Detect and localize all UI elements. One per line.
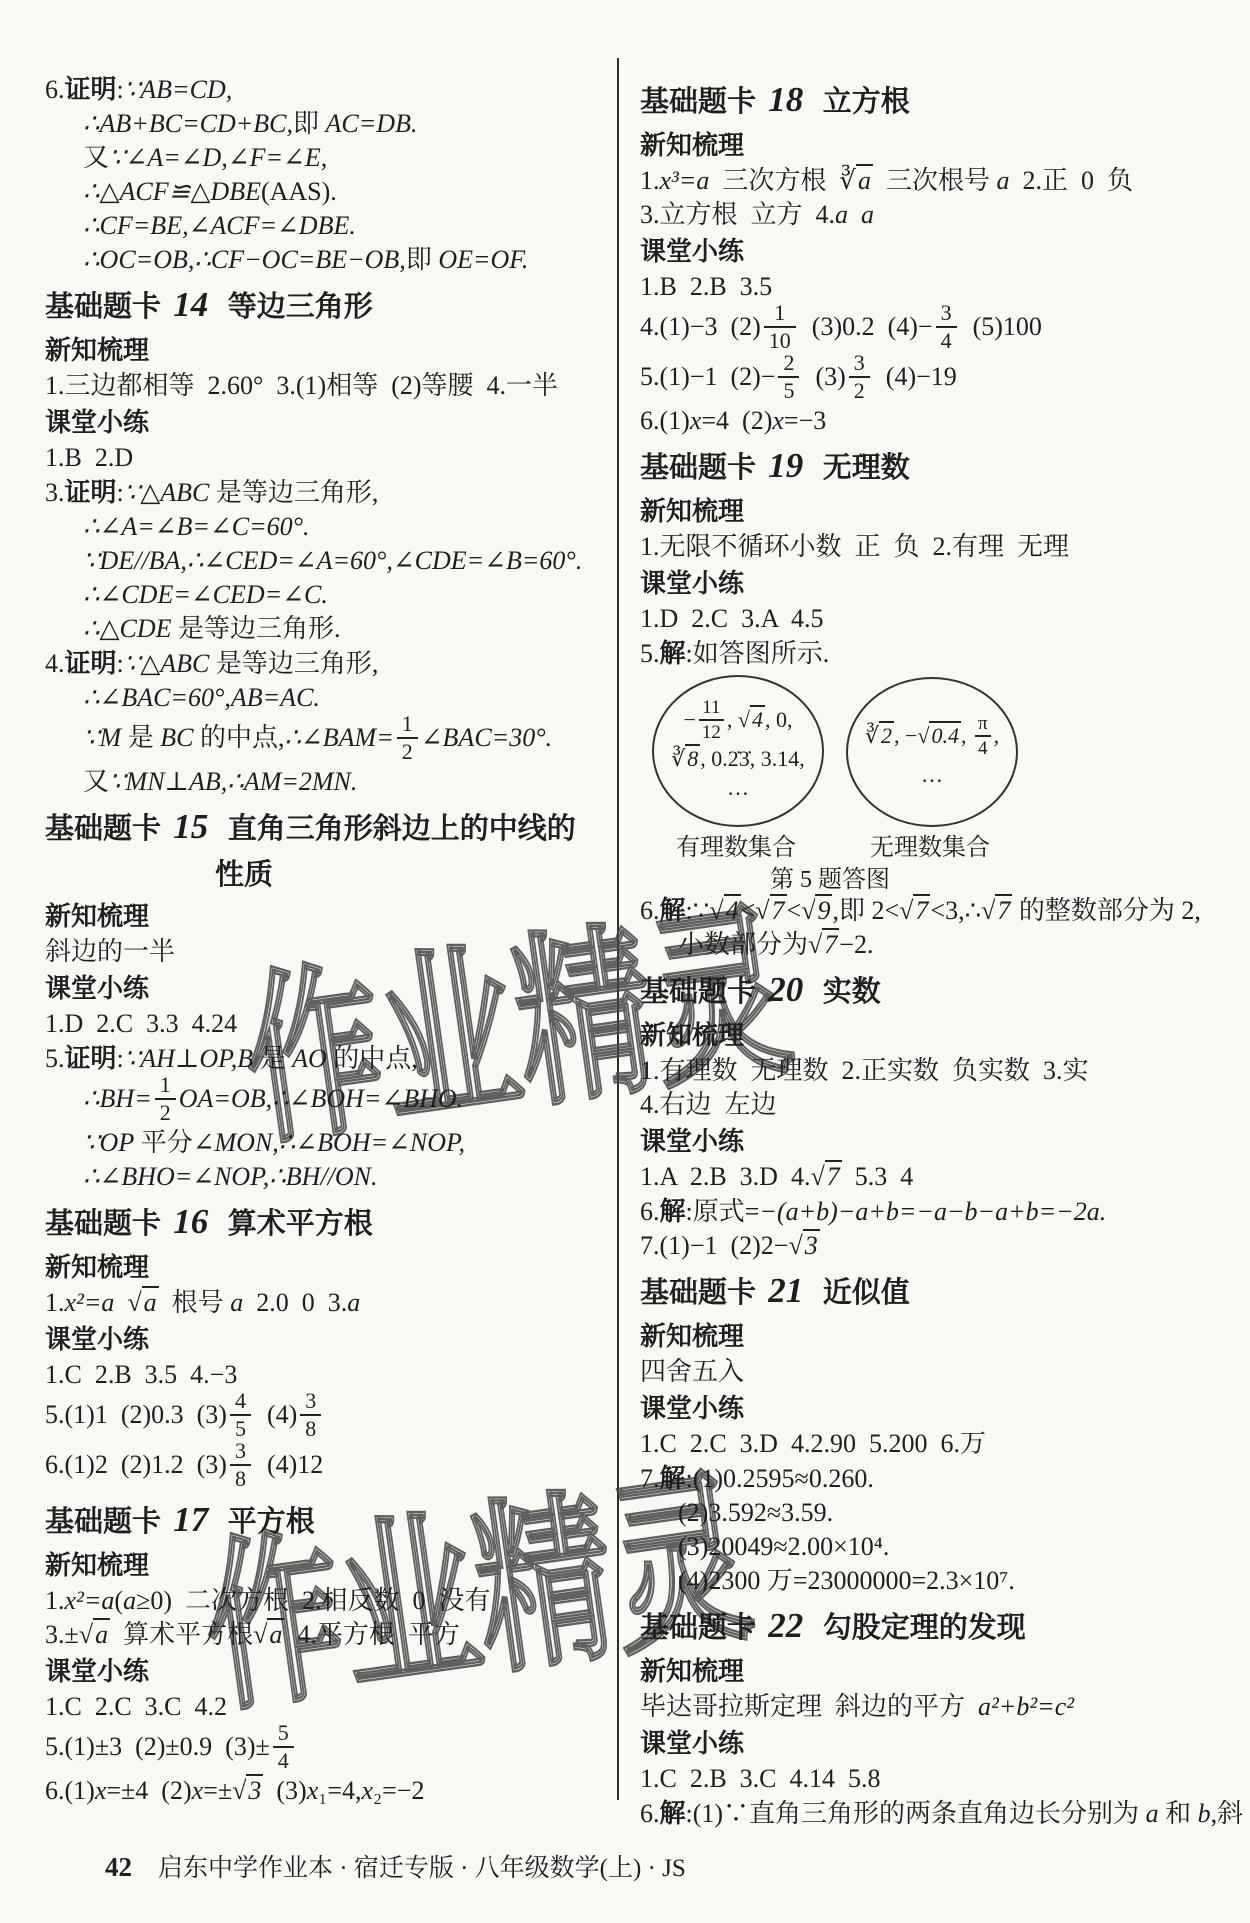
text-line: ∵OP 平分∠MON,∴∠BOH=∠NOP, bbox=[45, 1126, 615, 1160]
text-line: 3.立方根 立方 4.a a bbox=[640, 198, 1225, 232]
text-line: 3.证明:∵△ABC 是等边三角形, bbox=[45, 475, 615, 510]
column-divider bbox=[617, 58, 619, 1800]
text-line: 6.解:原式=−(a+b)−a+b=−a−b−a+b=−2a. bbox=[640, 1194, 1225, 1229]
text-line: (4)2300 万=23000000=2.3×10⁷. bbox=[640, 1564, 1225, 1598]
text-line: 又∵∠A=∠D,∠F=∠E, bbox=[45, 141, 615, 175]
text-line: 1.C 2.C 3.D 4.2.90 5.200 6.万 bbox=[640, 1427, 1225, 1461]
text-line: 5.证明:∵AH⊥OP,B 是 AO 的中点, bbox=[45, 1041, 615, 1076]
rational-set-ellipse: −1112, √4, 0,∛8, 0.2̇3̇, 3.14,… bbox=[652, 675, 824, 827]
book-info: 启东中学作业本 · 宿迁专版 · 八年级数学(上) · JS bbox=[158, 1855, 686, 1882]
text-line: 5.解:如答图所示. bbox=[640, 636, 1225, 671]
text-line: 又∵MN⊥AB,∴AM=2MN. bbox=[45, 765, 615, 799]
text-line: 5.(1)−1 (2)−25 (3)32 (4)−19 bbox=[640, 354, 1225, 404]
right-column-text-bottom: 6.解:∵√4<√7<√9,即 2<√7<3,∴√7 的整数部分为 2,小数部分… bbox=[640, 893, 1225, 1831]
text-line: 6.证明:∵AB=CD, bbox=[45, 72, 615, 107]
text-line: 6.(1)x=4 (2)x=−3 bbox=[640, 404, 1225, 438]
text-line: 1.C 2.B 3.5 4.−3 bbox=[45, 1358, 615, 1392]
left-column: 6.证明:∵AB=CD,∴AB+BC=CD+BC,即 AC=DB.又∵∠A=∠D… bbox=[45, 72, 615, 1808]
irrational-set-ellipse: ∛2, −√0.4, π4,… bbox=[846, 677, 1018, 827]
subsection-title: 新知梳理 bbox=[45, 1248, 615, 1286]
section-title: 基础题卡 16 算术平方根 bbox=[45, 1200, 615, 1246]
right-column: 基础题卡 18 立方根新知梳理1.x³=a 三次方根 ∛a 三次根号 a 2.正… bbox=[640, 72, 1225, 1831]
text-line: … bbox=[671, 773, 805, 802]
section-title: 基础题卡 21 近似值 bbox=[640, 1269, 1225, 1315]
text-line: −1112, √4, 0, bbox=[671, 700, 805, 744]
subsection-title: 新知梳理 bbox=[45, 897, 615, 935]
text-line: 小数部分为√7−2. bbox=[640, 928, 1225, 962]
text-line: ∴BH=12OA=OB,∴∠BOH=∠BHO. bbox=[45, 1076, 615, 1126]
text-line: 1.C 2.C 3.C 4.2 bbox=[45, 1690, 615, 1724]
text-line: … bbox=[865, 760, 999, 789]
subsection-title: 课堂小练 bbox=[640, 232, 1225, 270]
section-title: 基础题卡 20 实数 bbox=[640, 968, 1225, 1014]
subsection-title: 新知梳理 bbox=[640, 1652, 1225, 1690]
subsection-title: 课堂小练 bbox=[640, 564, 1225, 602]
subsection-title: 新知梳理 bbox=[640, 1016, 1225, 1054]
text-line: 1.D 2.C 3.3 4.24 bbox=[45, 1007, 615, 1041]
text-line: 1.B 2.B 3.5 bbox=[640, 270, 1225, 304]
text-line: ∴△ACF≌△DBE(AAS). bbox=[45, 175, 615, 209]
text-line: 1.x²=a √a 根号 a 2.0 0 3.a bbox=[45, 1286, 615, 1320]
text-line: 4.右边 左边 bbox=[640, 1088, 1225, 1122]
text-line: ∴OC=OB,∴CF−OC=BE−OB,即 OE=OF. bbox=[45, 243, 615, 277]
text-line: 1.x³=a 三次方根 ∛a 三次根号 a 2.正 0 负 bbox=[640, 164, 1225, 198]
text-line: 4.(1)−3 (2)110 (3)0.2 (4)−34 (5)100 bbox=[640, 304, 1225, 354]
section-title: 基础题卡 14 等边三角形 bbox=[45, 283, 615, 329]
subsection-title: 课堂小练 bbox=[640, 1389, 1225, 1427]
text-line: 5.(1)±3 (2)±0.9 (3)±54 bbox=[45, 1724, 615, 1774]
section-title: 基础题卡 22 勾股定理的发现 bbox=[640, 1604, 1225, 1650]
section-title: 基础题卡 15 直角三角形斜边上的中线的 bbox=[45, 805, 615, 851]
text-line: 1.x²=a(a≥0) 二次方根 2.相反数 0 没有 bbox=[45, 1584, 615, 1618]
text-line: 5.(1)1 (2)0.3 (3)45 (4)38 bbox=[45, 1392, 615, 1442]
text-line: 1.有理数 无理数 2.正实数 负实数 3.实 bbox=[640, 1054, 1225, 1088]
page-number: 42 bbox=[105, 1852, 132, 1882]
subsection-title: 课堂小练 bbox=[640, 1122, 1225, 1160]
subsection-title: 课堂小练 bbox=[640, 1724, 1225, 1762]
workbook-answer-page: 作业精灵 作业精灵 6.证明:∵AB=CD,∴AB+BC=CD+BC,即 AC=… bbox=[0, 0, 1250, 1923]
subsection-title: 课堂小练 bbox=[45, 969, 615, 1007]
text-line: ∴AB+BC=CD+BC,即 AC=DB. bbox=[45, 107, 615, 141]
text-line: 1.B 2.D bbox=[45, 441, 615, 475]
text-line: 斜边的一半 bbox=[45, 935, 615, 969]
text-line: 1.A 2.B 3.D 4.√7 5.3 4 bbox=[640, 1160, 1225, 1194]
figure-caption: 第 5 题答图 bbox=[640, 859, 1020, 894]
section-title: 基础题卡 19 无理数 bbox=[640, 444, 1225, 490]
subsection-title: 新知梳理 bbox=[640, 1317, 1225, 1355]
text-line: ∴CF=BE,∠ACF=∠DBE. bbox=[45, 209, 615, 243]
text-line: 7.(1)−1 (2)2−√3 bbox=[640, 1229, 1225, 1263]
text-line: 1.D 2.C 3.A 4.5 bbox=[640, 602, 1225, 636]
text-line: 1.三边都相等 2.60° 3.(1)相等 (2)等腰 4.一半 bbox=[45, 369, 615, 403]
text-line: 四舍五入 bbox=[640, 1355, 1225, 1389]
text-line: (3)20049≈2.00×10⁴. bbox=[640, 1530, 1225, 1564]
text-line: 3.±√a 算术平方根√a 4.平方根 平方 bbox=[45, 1618, 615, 1652]
text-line: 6.(1)2 (2)1.2 (3)38 (4)12 bbox=[45, 1442, 615, 1492]
text-line: 6.(1)x=±4 (2)x=±√3 (3)x₁=4,x₂=−2 bbox=[45, 1774, 615, 1808]
irrational-set-contents: ∛2, −√0.4, π4,… bbox=[865, 716, 999, 789]
subsection-title: 新知梳理 bbox=[45, 1546, 615, 1584]
subsection-title: 课堂小练 bbox=[45, 1652, 615, 1690]
text-line: ∴∠BHO=∠NOP,∴BH//ON. bbox=[45, 1160, 615, 1194]
text-line: ∛8, 0.2̇3̇, 3.14, bbox=[671, 744, 805, 773]
text-line: ∵M 是 BC 的中点,∴∠BAM=12∠BAC=30°. bbox=[45, 715, 615, 765]
text-line: 4.证明:∵△ABC 是等边三角形, bbox=[45, 646, 615, 681]
text-line: 毕达哥拉斯定理 斜边的平方 a²+b²=c² bbox=[640, 1690, 1225, 1724]
answer-figure: −1112, √4, 0,∛8, 0.2̇3̇, 3.14,… ∛2, −√0.… bbox=[640, 675, 1225, 893]
text-line: 6.解:∵√4<√7<√9,即 2<√7<3,∴√7 的整数部分为 2, bbox=[640, 893, 1225, 928]
text-line: 7.解:(1)0.2595≈0.260. bbox=[640, 1461, 1225, 1496]
section-title: 性质 bbox=[45, 853, 615, 897]
text-line: (2)3.592≈3.59. bbox=[640, 1496, 1225, 1530]
subsection-title: 新知梳理 bbox=[640, 492, 1225, 530]
irrational-set-label: 无理数集合 bbox=[846, 827, 1014, 862]
section-title: 基础题卡 17 平方根 bbox=[45, 1498, 615, 1544]
left-column-text: 6.证明:∵AB=CD,∴AB+BC=CD+BC,即 AC=DB.又∵∠A=∠D… bbox=[45, 72, 615, 1808]
subsection-title: 新知梳理 bbox=[45, 331, 615, 369]
subsection-title: 新知梳理 bbox=[640, 126, 1225, 164]
text-line: ∛2, −√0.4, π4, bbox=[865, 716, 999, 760]
text-line: ∴∠A=∠B=∠C=60°. bbox=[45, 510, 615, 544]
section-title: 基础题卡 18 立方根 bbox=[640, 78, 1225, 124]
right-column-text-top: 基础题卡 18 立方根新知梳理1.x³=a 三次方根 ∛a 三次根号 a 2.正… bbox=[640, 78, 1225, 671]
text-line: ∴△CDE 是等边三角形. bbox=[45, 612, 615, 646]
rational-set-label: 有理数集合 bbox=[652, 827, 820, 862]
text-line: 1.无限不循环小数 正 负 2.有理 无理 bbox=[640, 530, 1225, 564]
text-line: ∵DE//BA,∴∠CED=∠A=60°,∠CDE=∠B=60°. bbox=[45, 544, 615, 578]
text-line: ∴∠BAC=60°,AB=AC. bbox=[45, 681, 615, 715]
subsection-title: 课堂小练 bbox=[45, 403, 615, 441]
rational-set-contents: −1112, √4, 0,∛8, 0.2̇3̇, 3.14,… bbox=[671, 700, 805, 802]
text-line: 1.C 2.B 3.C 4.14 5.8 bbox=[640, 1762, 1225, 1796]
subsection-title: 课堂小练 bbox=[45, 1320, 615, 1358]
page-footer: 42启东中学作业本 · 宿迁专版 · 八年级数学(上) · JS bbox=[80, 1820, 686, 1912]
text-line: 6.解:(1)∵直角三角形的两条直角边长分别为 a 和 b,斜 bbox=[640, 1796, 1225, 1831]
text-line: ∴∠CDE=∠CED=∠C. bbox=[45, 578, 615, 612]
